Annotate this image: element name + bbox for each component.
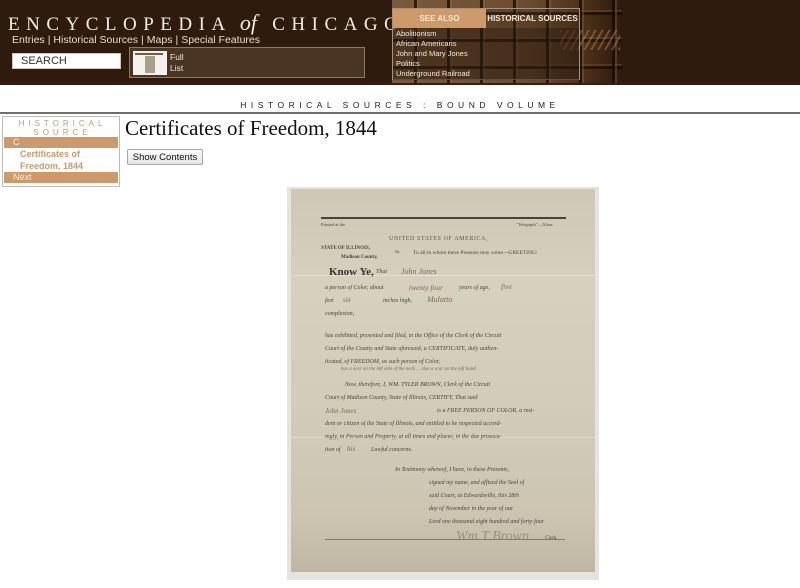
search-button[interactable]: SEARCH	[12, 53, 121, 69]
doc-text: is a FREE PERSON OF COLOR, a resi-	[437, 408, 534, 414]
page-thumbnail-icon[interactable]	[133, 51, 167, 75]
certificate-scan: Printed at the "Telegraph"—Alton. UNITED…	[291, 189, 595, 572]
section-label: HISTORICAL SOURCES : BOUND VOLUME	[0, 100, 800, 110]
doc-handwriting: John Jones	[325, 407, 356, 415]
doc-handwriting: twenty four	[409, 283, 443, 292]
clerk-signature: Wm T Brown	[456, 529, 529, 545]
section-divider	[0, 112, 800, 114]
doc-handwriting: John Jones	[401, 267, 437, 276]
doc-text: Now, therefore, I, WM. TYLER BROWN, Cler…	[345, 382, 490, 388]
doc-text: Printed at the	[321, 222, 345, 227]
see-also-item[interactable]: African Americans	[396, 39, 579, 49]
logo-part2: CHICAGO	[272, 14, 404, 35]
letter-index[interactable]: C	[4, 137, 118, 148]
doc-text: STATE OF ILLINOIS,	[321, 246, 370, 251]
doc-text: complexion,	[325, 311, 354, 317]
current-source-link[interactable]: Certificates of Freedom, 1844	[3, 148, 119, 172]
doc-text: "Telegraph"—Alton.	[516, 222, 553, 227]
tab-see-also[interactable]: SEE ALSO	[393, 9, 486, 28]
see-also-panel: SEE ALSO HISTORICAL SOURCES Abolitionism…	[392, 8, 580, 80]
doc-text: ingly, in Person and Property, at all ti…	[325, 434, 502, 440]
thumbnail-header-bar	[135, 53, 163, 55]
doc-text: has exhibited, presented and filed, in t…	[325, 333, 501, 339]
heading-line: HISTORICAL	[6, 119, 119, 128]
nav-special-features[interactable]: Special Features	[181, 34, 260, 46]
full-view-link[interactable]: Full	[170, 52, 184, 63]
doc-text: signed my name, and affixed the Seal of	[429, 480, 524, 486]
tab-historical-sources[interactable]: HISTORICAL SOURCES	[486, 9, 579, 28]
see-also-tabs: SEE ALSO HISTORICAL SOURCES	[393, 9, 579, 28]
printed-rule	[325, 539, 565, 540]
list-view-link[interactable]: List	[170, 63, 184, 74]
view-links: Full List	[170, 52, 184, 74]
see-also-item[interactable]: Abolitionism	[396, 29, 579, 39]
doc-text: inches high,	[383, 298, 412, 304]
doc-text: Lawful concerns.	[371, 447, 412, 453]
site-logo[interactable]: ENCYCLOPEDIA of CHICAGO	[8, 10, 404, 36]
doc-text: UNITED STATES OF AMERICA,	[389, 236, 488, 242]
doc-handwriting: his	[347, 445, 355, 453]
site-header: ENCYCLOPEDIA of CHICAGO Entries|Historic…	[0, 0, 800, 85]
document-image[interactable]: Printed at the "Telegraph"—Alton. UNITED…	[287, 187, 599, 580]
nav-separator: |	[141, 34, 144, 46]
doc-text: In Testimony whereof, I have, to these P…	[395, 467, 509, 473]
nav-entries[interactable]: Entries	[12, 34, 45, 46]
see-also-item[interactable]: Politics	[396, 59, 579, 69]
thumbnail-document	[145, 56, 155, 73]
nav-maps[interactable]: Maps	[147, 34, 173, 46]
nav-separator: |	[175, 34, 178, 46]
page-title: Certificates of Freedom, 1844	[125, 116, 377, 141]
doc-text: day of November in the year of our	[429, 506, 513, 512]
heading-line: SOURCE	[6, 128, 119, 137]
doc-text: said Court, at Edwardsville, this 28th	[429, 493, 519, 499]
doc-text: Know Ye,	[329, 266, 374, 278]
doc-handwriting: Mulatto	[427, 295, 452, 304]
doc-text: Court of Madison County, State of Illino…	[325, 395, 477, 401]
doc-text: tion of	[325, 447, 341, 453]
doc-text: ss.	[395, 250, 400, 255]
source-link-line: Freedom, 1844	[20, 160, 119, 172]
logo-of: of	[240, 10, 257, 35]
doc-handwriting: six	[343, 296, 351, 304]
see-also-item[interactable]: Underground Railroad	[396, 69, 579, 79]
view-switcher: Full List	[129, 47, 365, 78]
see-also-list: Abolitionism African Americans John and …	[393, 28, 579, 80]
see-also-item[interactable]: John and Mary Jones	[396, 49, 579, 59]
source-nav-heading: HISTORICAL SOURCE	[3, 117, 119, 137]
printed-rule	[321, 217, 566, 219]
nav-historical-sources[interactable]: Historical Sources	[53, 34, 138, 46]
doc-text: dent or citizen of the State of Illinois…	[325, 421, 502, 427]
doc-text: feet	[325, 298, 334, 304]
logo-part1: ENCYCLOPEDIA	[8, 14, 231, 35]
source-nav-box: HISTORICAL SOURCE C Certificates of Free…	[2, 116, 120, 187]
doc-text: Court of the County and State aforesaid,…	[325, 346, 498, 352]
doc-text: To all to whom these Presents may come—G…	[413, 250, 537, 256]
top-nav: Entries|Historical Sources|Maps|Special …	[12, 34, 260, 46]
doc-handwriting: has a scar on the left side of the neck …	[341, 367, 476, 372]
doc-text: Lord one thousand eight hundred and fort…	[429, 519, 544, 525]
next-link[interactable]: Next	[4, 172, 118, 183]
doc-text: That	[376, 269, 387, 275]
doc-text: Madison County,	[341, 255, 378, 260]
source-link-line: Certificates of	[20, 148, 119, 160]
doc-text: ticated, of FREEDOM, as such person of C…	[325, 359, 440, 365]
show-contents-button[interactable]: Show Contents	[127, 149, 203, 165]
doc-text: years of age,	[459, 285, 490, 291]
doc-handwriting: five	[501, 282, 512, 291]
doc-text: a person of Color, about	[325, 285, 384, 291]
nav-separator: |	[48, 34, 51, 46]
